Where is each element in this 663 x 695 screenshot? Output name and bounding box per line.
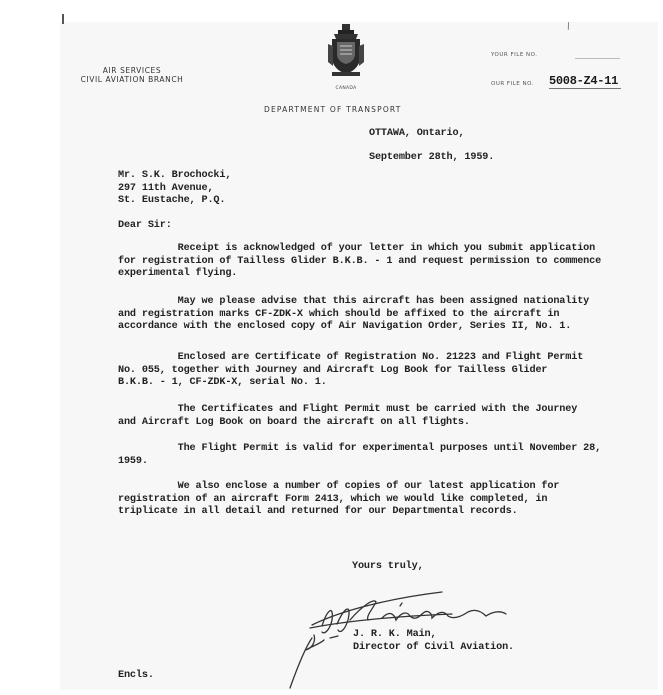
department-title: DEPARTMENT OF TRANSPORT xyxy=(264,105,402,114)
body-paragraph: May we please advise that this aircraft … xyxy=(118,296,589,334)
recipient-line: St. Eustache, P.Q. xyxy=(118,195,231,208)
body-paragraph: We also enclose a number of copies of ou… xyxy=(118,481,559,519)
letter-date: September 28th, 1959. xyxy=(369,152,494,165)
letter-place: OTTAWA, Ontario, xyxy=(369,128,464,141)
scan-mark xyxy=(62,14,64,24)
salutation: Dear Sir: xyxy=(118,220,172,233)
coat-of-arms-icon xyxy=(326,24,366,80)
branch-line-2: CIVIL AVIATION BRANCH xyxy=(67,75,197,84)
recipient-line: 297 11th Avenue, xyxy=(118,183,231,196)
your-file-label: YOUR FILE NO. xyxy=(491,52,538,58)
signatory-title: Director of Civil Aviation. xyxy=(353,642,514,655)
signatory-block: J. R. K. Main,Director of Civil Aviation… xyxy=(353,629,514,654)
your-file-line xyxy=(575,58,620,59)
branch-line-1: AIR SERVICES xyxy=(67,66,197,75)
crest-caption: CANADA xyxy=(326,86,366,91)
our-file-label: OUR FILE NO. xyxy=(491,81,534,87)
body-paragraph: The Flight Permit is valid for experimen… xyxy=(118,443,601,468)
branch-heading: AIR SERVICES CIVIL AVIATION BRANCH xyxy=(67,66,197,84)
body-paragraph: Enclosed are Certificate of Registration… xyxy=(118,352,583,390)
recipient-address: Mr. S.K. Brochocki,297 11th Avenue,St. E… xyxy=(118,170,231,208)
recipient-line: Mr. S.K. Brochocki, xyxy=(118,170,231,183)
closing: Yours truly, xyxy=(352,561,424,574)
enclosures-note: Encls. xyxy=(118,670,154,683)
body-paragraph: The Certificates and Flight Permit must … xyxy=(118,404,577,429)
body-paragraph: Receipt is acknowledged of your letter i… xyxy=(118,243,601,281)
signatory-name: J. R. K. Main, xyxy=(353,629,514,642)
our-file-number: 5008-Z4-11 xyxy=(549,74,621,89)
